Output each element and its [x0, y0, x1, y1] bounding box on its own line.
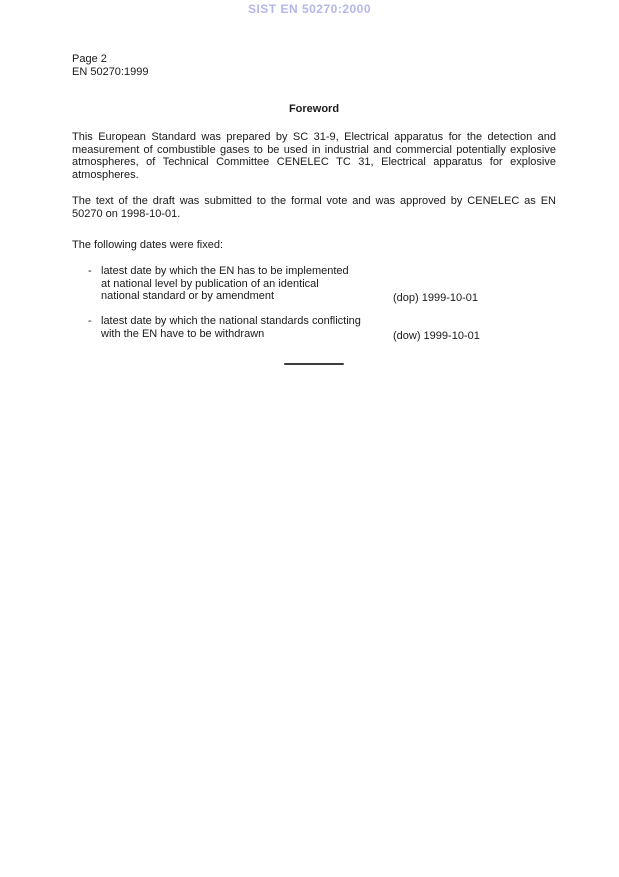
list-item-lines: latest date by which the EN has to be im…	[101, 265, 393, 303]
list-item-dow: - latest date by which the national stan…	[88, 315, 556, 341]
dates-list: - latest date by which the EN has to be …	[88, 265, 556, 341]
paragraph-dates-intro: The following dates were fixed:	[72, 239, 556, 252]
page-number: Page 2	[72, 53, 556, 66]
document-page: SIST EN 50270:2000 Page 2 EN 50270:1999 …	[0, 0, 619, 877]
page-info-block: Page 2 EN 50270:1999	[72, 53, 556, 79]
list-item-line: latest date by which the national standa…	[101, 315, 393, 328]
list-item-text-block: - latest date by which the national stan…	[88, 315, 393, 341]
standard-reference: EN 50270:1999	[72, 66, 556, 79]
section-heading-foreword: Foreword	[72, 103, 556, 115]
list-item-lines: latest date by which the national standa…	[101, 315, 393, 341]
list-item-line: at national level by publication of an i…	[101, 278, 393, 291]
bullet-dash: -	[88, 315, 101, 328]
page-content: Page 2 EN 50270:1999 Foreword This Europ…	[0, 53, 619, 365]
paragraph-preparation: This European Standard was prepared by S…	[72, 131, 556, 182]
paragraph-approval: The text of the draft was submitted to t…	[72, 195, 556, 221]
list-item-line: national standard or by amendment	[101, 290, 393, 303]
list-item-text-block: - latest date by which the EN has to be …	[88, 265, 393, 303]
date-value-dow: (dow) 1999-10-01	[393, 330, 480, 343]
list-item-line: with the EN have to be withdrawn	[101, 328, 393, 341]
list-item-dop: - latest date by which the EN has to be …	[88, 265, 556, 303]
watermark-header: SIST EN 50270:2000	[0, 0, 619, 16]
separator-rule	[284, 363, 344, 365]
date-value-dop: (dop) 1999-10-01	[393, 292, 478, 305]
bullet-dash: -	[88, 265, 101, 278]
list-item-line: latest date by which the EN has to be im…	[101, 265, 393, 278]
